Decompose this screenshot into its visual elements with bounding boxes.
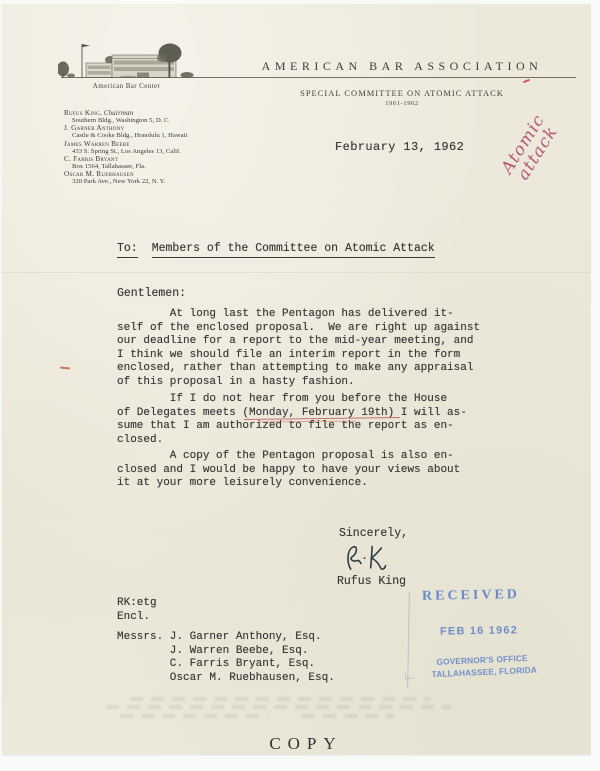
roster-entry: James Warren Beebe 433 S. Spring St., Lo… [64, 141, 187, 156]
scan-edge-left [0, 0, 2, 771]
letterhead-rule [61, 77, 576, 78]
scanned-letter: American Bar Center AMERICAN BAR ASSOCIA… [0, 0, 600, 771]
organization-name: AMERICAN BAR ASSOCIATION [252, 59, 552, 74]
committee-years: 1961-1962 [270, 100, 534, 107]
red-pencil-mark [523, 79, 530, 83]
bleedthrough-line [120, 714, 268, 718]
roster-entry: J. Garner Anthony Castle & Cooke Bldg., … [64, 125, 187, 140]
member-name: Rufus King [64, 109, 100, 117]
distribution-list: Messrs. J. Garner Anthony, Esq. J. Warre… [117, 631, 335, 685]
copy-label: COPY [2, 734, 600, 754]
member-name: Oscar M. Ruebhausen [64, 170, 134, 178]
roster-entry: C. Farris Bryant Box 1564, Tallahassee, … [64, 156, 187, 171]
committee-name: SPECIAL COMMITTEE ON ATOMIC ATTACK [270, 88, 534, 98]
roster-entry: Oscar M. Ruebhausen 320 Park Ave., New Y… [64, 171, 187, 186]
closing: Sincerely, [339, 527, 408, 540]
to-label: To: [117, 242, 138, 258]
margin-mark [60, 366, 70, 369]
handwritten-signature [339, 538, 395, 578]
building-caption: American Bar Center [58, 82, 195, 90]
letter-date: February 13, 1962 [335, 140, 464, 154]
roster-entry: Rufus King, Chairman Southern Bldg., Was… [64, 110, 187, 125]
bleedthrough-line [130, 697, 430, 701]
bleedthrough-line [106, 705, 451, 709]
salutation: Gentlemen: [117, 287, 186, 300]
signed-name: Rufus King [337, 575, 406, 588]
handwritten-note: Atomic attack [491, 99, 571, 198]
to-line: To:Members of the Committee on Atomic At… [117, 242, 435, 255]
reference-block: RK:etg Encl. [117, 597, 157, 624]
member-name: C. Farris Bryant [64, 155, 118, 163]
committee-heading: SPECIAL COMMITTEE ON ATOMIC ATTACK 1961-… [270, 88, 534, 107]
member-role: , Chairman [100, 110, 133, 117]
received-stamp-location: TALLAHASSEE, FLORIDA [431, 665, 537, 680]
body-paragraph-1: At long last the Pentagon has delivered … [117, 308, 480, 389]
received-stamp-title: RECEIVED [422, 587, 522, 605]
member-name: J. Garner Anthony [64, 124, 124, 132]
letter-page: American Bar Center AMERICAN BAR ASSOCIA… [2, 4, 592, 754]
member-address: 320 Park Ave., New York 22, N. Y. [72, 179, 187, 186]
horizontal-crease [2, 272, 594, 273]
member-name: James Warren Beebe [64, 140, 130, 148]
committee-roster: Rufus King, Chairman Southern Bldg., Was… [64, 110, 187, 187]
to-value: Members of the Committee on Atomic Attac… [152, 242, 435, 258]
handwritten-underline-echo [258, 420, 356, 423]
paper-crease-hook [405, 671, 415, 679]
scan-edge-right [591, 0, 600, 771]
received-stamp-date: FEB 16 1962 [440, 624, 518, 637]
building-engraving-icon [58, 41, 195, 78]
scan-edge-bottom [0, 756, 600, 771]
bleedthrough-line [302, 714, 394, 718]
scan-edge-top [0, 0, 600, 4]
body-paragraph-3: A copy of the Pentagon proposal is also … [117, 450, 460, 491]
